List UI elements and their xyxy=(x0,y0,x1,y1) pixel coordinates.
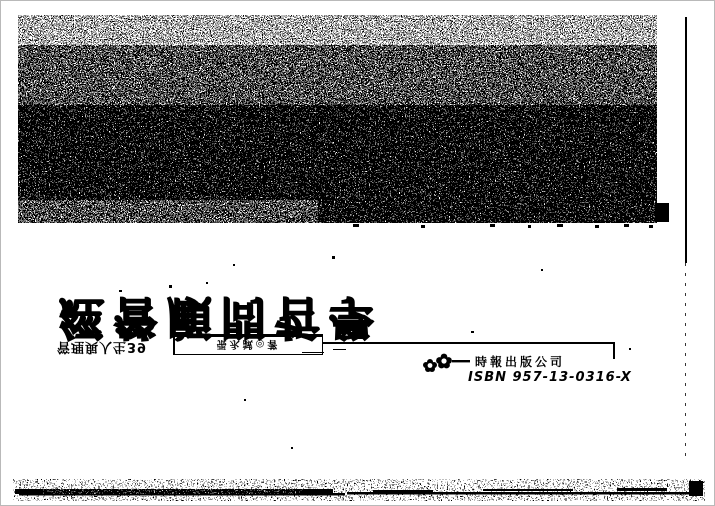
scan-tick xyxy=(649,225,653,228)
rule-fragment xyxy=(333,349,346,350)
isbn-number: ISBN 957-13-0316-X xyxy=(468,370,628,386)
scan-tick xyxy=(595,225,599,228)
scan-dot xyxy=(332,256,335,259)
scan-tick xyxy=(624,224,629,227)
rule-fragment xyxy=(302,352,324,353)
horizontal-rule xyxy=(323,342,615,344)
publisher-name: 時報出版公司 xyxy=(475,353,605,369)
scan-dot xyxy=(169,285,172,288)
cover-photo-scan xyxy=(18,15,657,223)
scan-tick xyxy=(353,224,359,227)
rosette-seal-icon xyxy=(421,351,473,377)
scan-dot xyxy=(471,331,474,333)
scan-dot xyxy=(291,447,293,449)
scan-dot xyxy=(244,399,246,401)
scan-dot xyxy=(206,282,208,284)
scan-tick xyxy=(557,224,563,227)
page-fold-line xyxy=(685,17,687,263)
scan-tick xyxy=(528,225,531,228)
scanned-page: 經營顧問哲學 管理與人生39 張永誠◎著 時報出版公司 ISBN 95 xyxy=(0,0,715,506)
scan-dot xyxy=(629,348,631,350)
scan-tick xyxy=(421,225,425,228)
bottom-scan-edge xyxy=(13,479,705,501)
page-fold-line-dotted xyxy=(685,263,686,459)
scan-dot xyxy=(233,264,235,266)
photo-scan-edge-bump xyxy=(655,203,669,222)
rule-end-hook xyxy=(613,342,615,359)
scan-tick xyxy=(490,224,495,227)
author-credit-box: 張永誠◎著 xyxy=(173,334,323,355)
author-credit: 張永誠◎著 xyxy=(217,338,281,353)
scan-dot xyxy=(541,269,543,271)
series-label: 管理與人生39 xyxy=(57,336,169,356)
